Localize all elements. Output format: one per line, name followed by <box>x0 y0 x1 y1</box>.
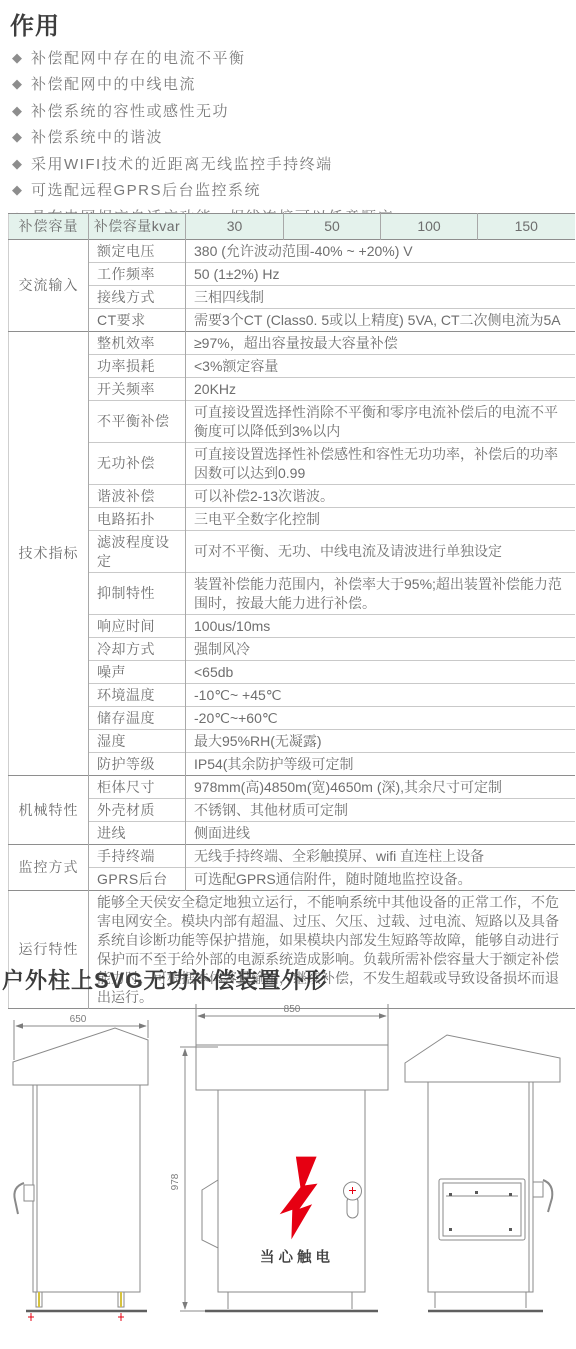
param-value: 可直接设置选择性补偿感性和容性无功功率，补偿后的功率因数可以达到0.99 <box>186 443 575 485</box>
diamond-bullet-icon: ◆ <box>12 77 22 90</box>
param-value: -10℃~ +45℃ <box>186 684 575 707</box>
table-row: 噪声<65db <box>9 661 575 684</box>
feature-text: 补偿配网中存在的电流不平衡 <box>31 47 246 68</box>
diamond-bullet-icon: ◆ <box>12 157 22 170</box>
table-row: 防护等级IP54(其余防护等级可定制 <box>9 753 575 776</box>
roof-outline <box>13 1028 148 1085</box>
group-label: 交流输入 <box>9 240 89 332</box>
param-value: 需要3个CT (Class0. 5或以上精度) 5VA, CT二次侧电流为5A <box>186 309 575 332</box>
table-row: 环境温度-10℃~ +45℃ <box>9 684 575 707</box>
table-row: 电路拓扑三电平全数字化控制 <box>9 508 575 531</box>
header-label-col: 补偿容量kvar <box>89 214 186 240</box>
param-value: 978mm(高)4850m(宽)4650m (深),其余尺寸可定制 <box>186 776 575 799</box>
param-value: 三相四线制 <box>186 286 575 309</box>
param-value: 三电平全数字化控制 <box>186 508 575 531</box>
param-value: 100us/10ms <box>186 615 575 638</box>
table-row: 技术指标 整机效率 ≥97%，超出容量按最大容量补偿 <box>9 332 575 355</box>
param-value: 可选配GPRS通信附件，随时随地监控设备。 <box>186 868 575 891</box>
param-label: 储存温度 <box>89 707 186 730</box>
param-value: <65db <box>186 661 575 684</box>
param-label: CT要求 <box>89 309 186 332</box>
param-label: GPRS后台 <box>89 868 186 891</box>
door-handle-lever <box>543 1180 552 1212</box>
param-value: 最大95%RH(无凝露) <box>186 730 575 753</box>
param-label: 无功补偿 <box>89 443 186 485</box>
group-label: 监控方式 <box>9 845 89 891</box>
param-value: 可直接设置选择性消除不平衡和零序电流补偿后的电流不平衡度可以降低到3%以内 <box>186 401 575 443</box>
spec-sheet-page: 作用 ◆补偿配网中存在的电流不平衡 ◆补偿配网中的中线电流 ◆补偿系统的容性或感… <box>0 0 576 1349</box>
cabinet-left-side-view: 650 <box>13 1014 148 1321</box>
section-title: 户外柱上SVG无功补偿装置外形 <box>2 964 327 995</box>
table-row: CT要求需要3个CT (Class0. 5或以上精度) 5VA, CT二次侧电流… <box>9 309 575 332</box>
param-label: 防护等级 <box>89 753 186 776</box>
feature-list: ◆补偿配网中存在的电流不平衡 ◆补偿配网中的中线电流 ◆补偿系统的容性或感性无功… <box>12 44 394 230</box>
param-label: 额定电压 <box>89 240 186 263</box>
header-group-col: 补偿容量 <box>9 214 89 240</box>
table-row: GPRS后台可选配GPRS通信附件，随时随地监控设备。 <box>9 868 575 891</box>
param-label: 接线方式 <box>89 286 186 309</box>
table-row: 储存温度-20℃~+60℃ <box>9 707 575 730</box>
param-value: 可以补偿2-13次谐波。 <box>186 485 575 508</box>
table-header-row: 补偿容量 补偿容量kvar 30 50 100 150 <box>9 214 575 240</box>
feature-text: 可选配远程GPRS后台监控系统 <box>31 179 261 200</box>
param-value: 强制风冷 <box>186 638 575 661</box>
param-label: 电路拓扑 <box>89 508 186 531</box>
param-label: 冷却方式 <box>89 638 186 661</box>
table-row: 开关频率20KHz <box>9 378 575 401</box>
dimension-978-label: 978 <box>170 1173 181 1190</box>
param-label: 手持终端 <box>89 845 186 868</box>
capacity-header: 30 <box>186 214 284 240</box>
param-value: 装置补偿能力范围内，补偿率大于95%;超出装置补偿能力范围时，按最大能力进行补偿… <box>186 573 575 615</box>
list-item: ◆补偿配网中存在的电流不平衡 <box>12 44 394 71</box>
param-value: IP54(其余防护等级可定制 <box>186 753 575 776</box>
diamond-bullet-icon: ◆ <box>12 51 22 64</box>
param-label: 外壳材质 <box>89 799 186 822</box>
diamond-bullet-icon: ◆ <box>12 104 22 117</box>
feature-text: 补偿系统的容性或感性无功 <box>31 100 229 121</box>
dimension-850-label: 850 <box>284 1004 301 1015</box>
page-title: 作用 <box>10 6 60 41</box>
feature-text: 补偿系统中的谐波 <box>31 126 163 147</box>
param-label: 环境温度 <box>89 684 186 707</box>
param-label: 进线 <box>89 822 186 845</box>
param-label: 整机效率 <box>89 332 186 355</box>
table-row: 湿度最大95%RH(无凝露) <box>9 730 575 753</box>
table-row: 滤波程度设定可对不平衡、无功、中线电流及请波进行单独设定 <box>9 531 575 573</box>
roof-outline <box>196 1045 388 1090</box>
base-marker-icon <box>28 1313 124 1321</box>
param-label: 不平衡补偿 <box>89 401 186 443</box>
capacity-header: 150 <box>478 214 575 240</box>
table-row: 不平衡补偿可直接设置选择性消除不平衡和零序电流补偿后的电流不平衡度可以降低到3%… <box>9 401 575 443</box>
param-value: 无线手持终端、全彩触摸屏、wifi 直连柱上设备 <box>186 845 575 868</box>
param-value: 不锈钢、其他材质可定制 <box>186 799 575 822</box>
table-row: 谐波补偿可以补偿2-13次谐波。 <box>9 485 575 508</box>
param-label: 工作频率 <box>89 263 186 286</box>
table-row: 监控方式 手持终端 无线手持终端、全彩触摸屏、wifi 直连柱上设备 <box>9 845 575 868</box>
diamond-bullet-icon: ◆ <box>12 130 22 143</box>
door-handle <box>24 1185 34 1201</box>
table-row: 外壳材质不锈钢、其他材质可定制 <box>9 799 575 822</box>
spec-table-container: 补偿容量 补偿容量kvar 30 50 100 150 交流输入 额定电压 38… <box>8 213 574 1009</box>
table-row: 工作频率50 (1±2%) Hz <box>9 263 575 286</box>
table-row: 冷却方式强制风冷 <box>9 638 575 661</box>
param-label: 谐波补偿 <box>89 485 186 508</box>
param-value: -20℃~+60℃ <box>186 707 575 730</box>
list-item: ◆补偿配网中的中线电流 <box>12 71 394 98</box>
table-row: 响应时间100us/10ms <box>9 615 575 638</box>
param-value: <3%额定容量 <box>186 355 575 378</box>
capacity-header: 100 <box>381 214 478 240</box>
door-handle-lever <box>14 1183 24 1214</box>
param-label: 湿度 <box>89 730 186 753</box>
list-item: ◆可选配远程GPRS后台监控系统 <box>12 177 394 204</box>
table-row: 进线侧面进线 <box>9 822 575 845</box>
table-row: 抑制特性装置补偿能力范围内，补偿率大于95%;超出装置补偿能力范围时，按最大能力… <box>9 573 575 615</box>
capacity-header: 50 <box>284 214 381 240</box>
param-label: 柜体尺寸 <box>89 776 186 799</box>
door-handle <box>533 1182 543 1197</box>
table-row: 交流输入 额定电压 380 (允许波动范围-40% ~ +20%) V <box>9 240 575 263</box>
param-value: 50 (1±2%) Hz <box>186 263 575 286</box>
table-row: 机械特性 柜体尺寸 978mm(高)4850m(宽)4650m (深),其余尺寸… <box>9 776 575 799</box>
table-row: 接线方式三相四线制 <box>9 286 575 309</box>
group-label: 机械特性 <box>9 776 89 845</box>
param-value: 侧面进线 <box>186 822 575 845</box>
cabinet-right-side-view <box>405 1035 560 1311</box>
param-label: 滤波程度设定 <box>89 531 186 573</box>
list-item: ◆补偿系统的容性或感性无功 <box>12 97 394 124</box>
param-value: 20KHz <box>186 378 575 401</box>
warning-text: 当心触电 <box>260 1248 334 1266</box>
cabinet-body <box>33 1085 140 1292</box>
param-label: 抑制特性 <box>89 573 186 615</box>
cabinet-drawings: 650 850 <box>0 1000 576 1349</box>
dimension-650-label: 650 <box>70 1014 87 1025</box>
feature-text: 采用WIFI技术的近距离无线监控手持终端 <box>31 153 333 174</box>
param-label: 开关频率 <box>89 378 186 401</box>
cabinet-front-view: 850 978 当心触电 <box>170 1004 388 1311</box>
param-label: 响应时间 <box>89 615 186 638</box>
param-value: ≥97%，超出容量按最大容量补偿 <box>186 332 575 355</box>
table-row: 功率损耗<3%额定容量 <box>9 355 575 378</box>
table-row: 无功补偿可直接设置选择性补偿感性和容性无功功率，补偿后的功率因数可以达到0.99 <box>9 443 575 485</box>
feature-text: 补偿配网中的中线电流 <box>31 73 196 94</box>
param-value: 380 (允许波动范围-40% ~ +20%) V <box>186 240 575 263</box>
list-item: ◆采用WIFI技术的近距离无线监控手持终端 <box>12 150 394 177</box>
door-hinge <box>202 1180 218 1248</box>
param-label: 功率损耗 <box>89 355 186 378</box>
param-label: 噪声 <box>89 661 186 684</box>
diamond-bullet-icon: ◆ <box>12 183 22 196</box>
roof-outline <box>405 1035 560 1082</box>
list-item: ◆补偿系统中的谐波 <box>12 124 394 151</box>
spec-table: 补偿容量 补偿容量kvar 30 50 100 150 交流输入 额定电压 38… <box>8 213 575 1009</box>
param-value: 可对不平衡、无功、中线电流及请波进行单独设定 <box>186 531 575 573</box>
group-label: 技术指标 <box>9 332 89 776</box>
